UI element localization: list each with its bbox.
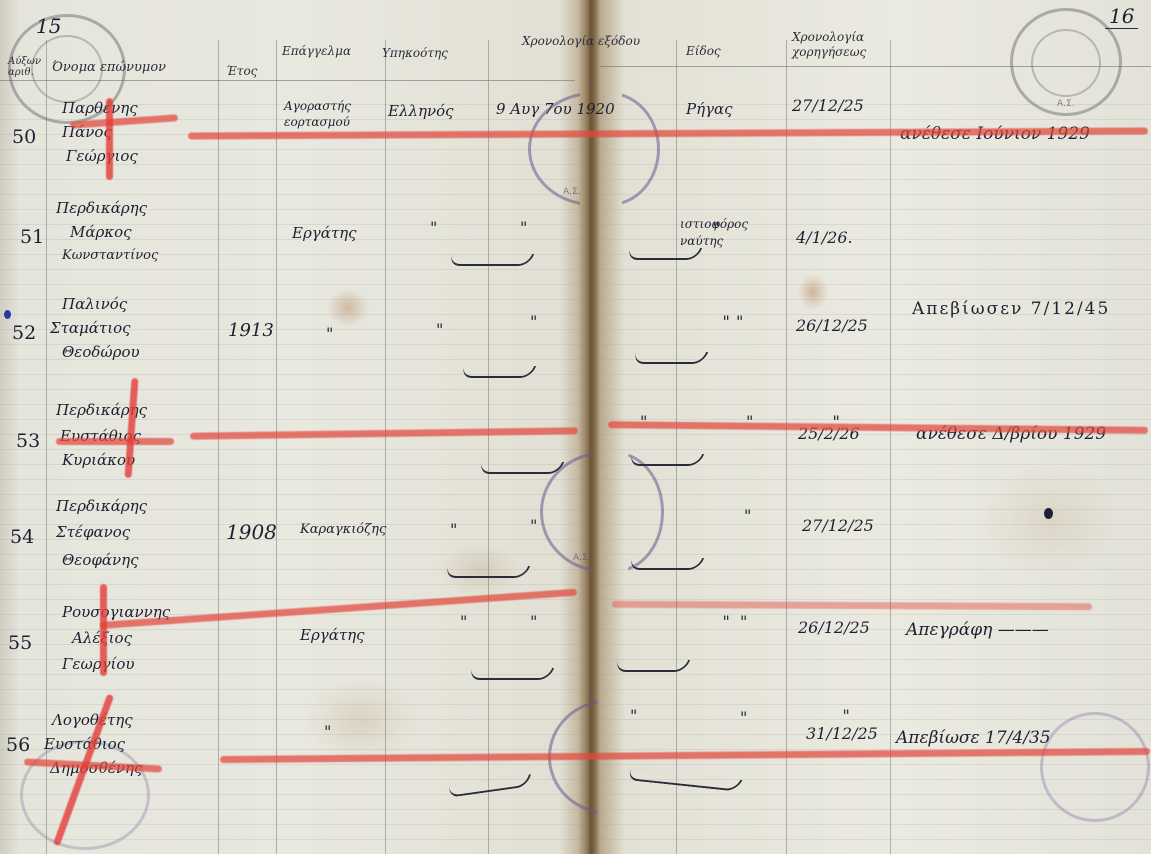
rank: ιστιοφόρος ναύτης bbox=[680, 216, 780, 250]
citizenship: Ελληνός bbox=[388, 102, 454, 120]
name-father: Γεωργίου bbox=[62, 652, 135, 676]
column-rule bbox=[786, 40, 787, 854]
note: Απεβίωσε 17/4/35 bbox=[896, 728, 1051, 748]
row-number: 54 bbox=[10, 526, 34, 548]
strike-cross-red bbox=[100, 584, 107, 676]
column-rule bbox=[676, 40, 677, 854]
issue-date: 26/12/25 bbox=[796, 316, 868, 335]
ditto-flourish bbox=[614, 660, 690, 672]
header-exit-date: Χρονολογία εξόδου bbox=[516, 34, 646, 48]
column-rule bbox=[385, 40, 386, 854]
row-number: 50 bbox=[12, 126, 36, 148]
row-number: 52 bbox=[12, 322, 36, 344]
rank: " bbox=[740, 708, 747, 727]
name-surname: Παρθένης bbox=[62, 96, 138, 120]
issue-date: 31/12/25 bbox=[806, 724, 878, 743]
column-rule bbox=[488, 40, 489, 854]
row-number: 51 bbox=[20, 226, 44, 248]
left-page-number: 15 bbox=[36, 14, 61, 38]
ink-blot bbox=[1044, 508, 1053, 519]
name-surname: Λογοθέτης bbox=[52, 708, 133, 732]
ink-blot-blue bbox=[4, 310, 11, 319]
name-first: Ευστάθιος bbox=[44, 732, 125, 756]
exit-date: " " bbox=[630, 706, 950, 725]
ditto-flourish bbox=[448, 254, 534, 266]
birth-year: 1913 bbox=[228, 320, 274, 341]
profession: Καραγκιόζης bbox=[300, 522, 386, 537]
name-first: Μάρκος bbox=[70, 220, 132, 244]
exit-date: " " bbox=[530, 312, 820, 331]
column-rule bbox=[276, 40, 277, 854]
exit-date: " " bbox=[530, 612, 820, 631]
profession: " bbox=[324, 722, 331, 741]
name-father: Θεοφάνης bbox=[62, 548, 139, 572]
profession: " bbox=[326, 324, 333, 343]
name-father: Κωνσταντίνος bbox=[62, 244, 158, 268]
exit-date: 9 Αυγ 7ου 1920 bbox=[496, 100, 615, 118]
row-number: 55 bbox=[8, 632, 32, 654]
ditto-flourish bbox=[628, 454, 704, 466]
column-rule bbox=[890, 40, 891, 854]
citizenship: " bbox=[436, 320, 443, 339]
header-citizenship: Υπηκοότης bbox=[382, 46, 448, 60]
birth-year: 1908 bbox=[226, 520, 277, 544]
rank: " bbox=[736, 312, 743, 331]
issue-date: 4/1/26. bbox=[796, 228, 853, 247]
ditto-flourish bbox=[444, 566, 530, 578]
stamp-text: Α.Σ. bbox=[563, 187, 581, 197]
name-father: Θεοδώρου bbox=[62, 340, 140, 364]
header-name: Όνομα επώνυμον bbox=[52, 60, 166, 75]
header-rank: Είδος bbox=[686, 44, 721, 58]
rank: " bbox=[744, 506, 751, 525]
ditto-flourish bbox=[478, 462, 564, 474]
stamp-text: Α.Σ. bbox=[573, 553, 591, 563]
name-surname: Περδικάρης bbox=[56, 196, 147, 220]
note: Απεβίωσεν 7/12/45 bbox=[912, 298, 1112, 320]
row-number: 56 bbox=[6, 734, 30, 756]
right-page-number: 16 bbox=[1105, 4, 1138, 29]
ditto-flourish bbox=[468, 668, 554, 680]
ditto-flourish bbox=[632, 352, 708, 364]
stamp-right-bottom bbox=[1040, 712, 1150, 822]
name-surname: Παλινός bbox=[62, 292, 127, 316]
rank: " bbox=[740, 612, 747, 631]
row-number: 53 bbox=[16, 430, 40, 452]
exit-date: " bbox=[530, 516, 537, 535]
ditto-flourish bbox=[628, 558, 704, 570]
ditto-flourish bbox=[460, 366, 536, 378]
profession: Εργάτης bbox=[292, 224, 357, 242]
citizenship: " bbox=[430, 218, 437, 237]
rank: Ρήγας bbox=[686, 100, 733, 118]
issue-date: 26/12/25 bbox=[798, 618, 870, 637]
header-serial: Αύξων αριθ. bbox=[8, 56, 48, 78]
column-rule bbox=[218, 40, 219, 854]
note: Απεγράφη ——— bbox=[906, 620, 1049, 640]
ledger-spread: Α.Σ. Α.Σ. Α.Σ. 15 16 Αύξων αριθ. Όνομα ε… bbox=[0, 0, 1151, 854]
citizenship: " bbox=[460, 612, 467, 631]
header-profession: Επάγγελμα bbox=[282, 44, 351, 58]
header-issue-date: Χρονολογία χορηγήσεως bbox=[792, 30, 888, 60]
header-birth-year: Έτος bbox=[226, 64, 257, 78]
name-first: Σταμάτιος bbox=[50, 316, 131, 340]
citizenship: " bbox=[450, 520, 457, 539]
issue-date: 27/12/25 bbox=[792, 96, 864, 115]
profession: Εργάτης bbox=[300, 626, 365, 644]
strike-cross-red bbox=[106, 98, 113, 180]
name-surname: Περδικάρης bbox=[56, 494, 147, 518]
issue-date: 27/12/25 bbox=[802, 516, 874, 535]
stamp-text: Α.Σ. bbox=[1057, 99, 1075, 109]
ditto-flourish bbox=[626, 248, 702, 260]
profession: Αγοραστής εορτασμού bbox=[284, 98, 379, 130]
name-first: Στέφανος bbox=[56, 520, 130, 544]
strike-cross-red bbox=[56, 438, 174, 445]
name-father: Γεώργιος bbox=[66, 144, 138, 168]
